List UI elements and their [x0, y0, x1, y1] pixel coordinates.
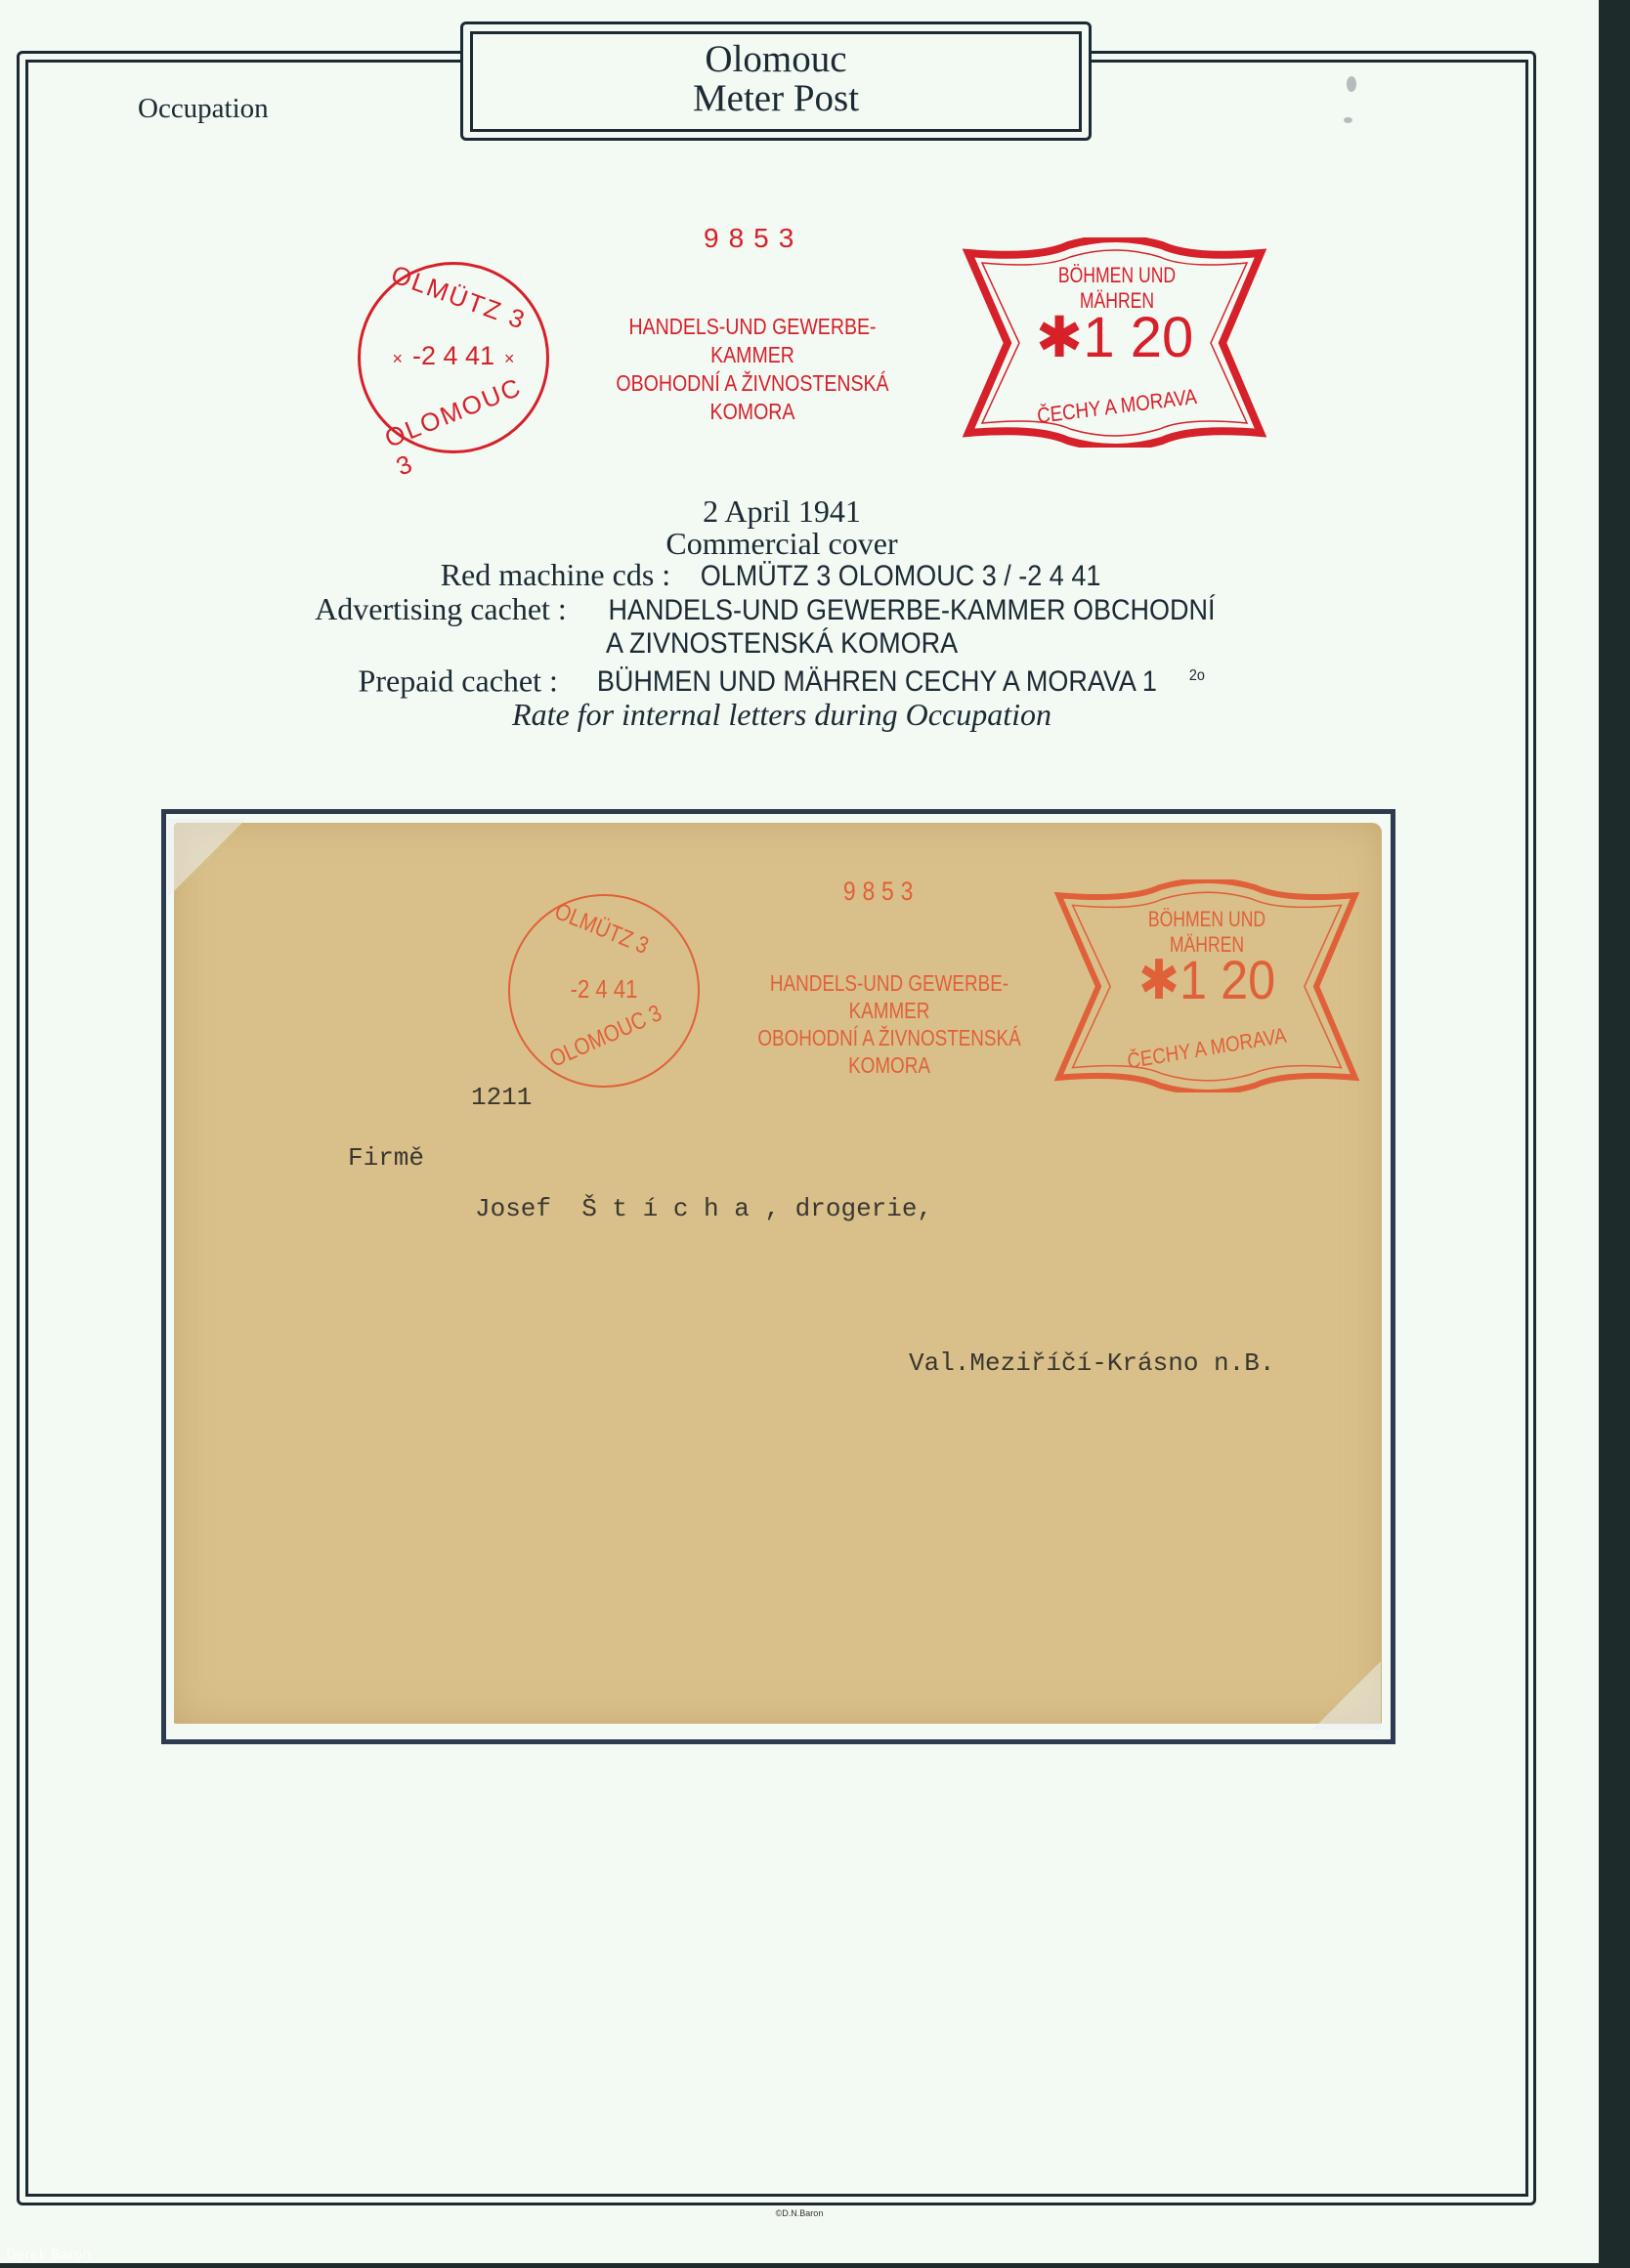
ornament-icon: × [504, 349, 515, 368]
ad-line: HANDELS-UND GEWERBE- [612, 313, 894, 341]
cds-label: Red machine cds : [441, 557, 678, 592]
typed-reference: 1211 [471, 1083, 532, 1112]
description-prepaid: Prepaid cachet : BÜHMEN UND MÄHREN CECHY… [147, 661, 1417, 699]
cover-prepaid-frame: BÖHMEN UND MÄHREN ✱1 20 ČECHY A MORAVA [1051, 879, 1363, 1092]
cds-value: OLMÜTZ 3 OLOMOUC 3 / -2 4 41 [701, 561, 1101, 593]
ad-line: OBOHODNÍ A ŽIVNOSTENSKÁ [612, 369, 894, 398]
foxing-spot [1344, 117, 1352, 123]
ornament-icon: × [392, 349, 403, 368]
circular-date-stamp: OLMÜTZ 3 ×-2 4 41× OLOMOUC 3 [358, 262, 549, 453]
cover-ad-line: HANDELS-UND GEWERBE- [745, 969, 1033, 997]
prepaid-value: ✱1 20 [961, 304, 1268, 370]
description-cds: Red machine cds : OLMÜTZ 3 OLOMOUC 3 / -… [147, 559, 1417, 593]
page-title: Olomouc [473, 40, 1079, 79]
cover-ad-line: KOMORA [745, 1051, 1033, 1079]
ad-line: KAMMER [612, 341, 894, 369]
cds-date-row: ×-2 4 41× [361, 341, 546, 371]
cds-date: -2 4 41 [412, 341, 494, 370]
rate-note: Rate for internal letters during Occupat… [147, 699, 1417, 731]
watermark: Derek Baron [6, 2247, 91, 2263]
scanner-edge-right [1599, 0, 1630, 2268]
description-advert: Advertising cachet : HANDELS-UND GEWERBE… [147, 593, 1417, 627]
cover-prepaid-value: ✱1 20 [1066, 948, 1348, 1012]
cover-meter-number: 9853 [843, 877, 920, 907]
title-box: Olomouc Meter Post [470, 31, 1082, 132]
description-block: 2 April 1941 Commercial cover Red machin… [147, 495, 1417, 730]
cover-circular-date-stamp: OLMÜTZ 3 -2 4 41 OLOMOUC 3 [508, 894, 700, 1088]
typed-salutation: Firmě [348, 1143, 424, 1173]
photo-corner-bottom-right [1312, 1661, 1381, 1730]
prepaid-value-frame: BÖHMEN UND MÄHREN ✱1 20 ČECHY A MORAVA [961, 237, 1268, 448]
meter-number: 9853 [704, 223, 803, 254]
scanner-edge-bottom [0, 2263, 1630, 2268]
description-date: 2 April 1941 [147, 495, 1417, 528]
cover-advertising-cachet: HANDELS-UND GEWERBE- KAMMER OBOHODNÍ A Ž… [745, 969, 1033, 1079]
typed-town: Val.Meziříčí-Krásno n.B. [909, 1348, 1274, 1378]
advert-value: HANDELS-UND GEWERBE-KAMMER OBCHODNÍ [608, 595, 1215, 627]
page-subtitle: Meter Post [473, 79, 1079, 118]
photo-corner-top-left [168, 819, 246, 897]
advert-value-cont: A ZIVNOSTENSKÁ KOMORA [606, 628, 958, 661]
prepaid-superscript: 2o [1189, 661, 1205, 693]
description-advert-cont: A ZIVNOSTENSKÁ KOMORA [147, 626, 1417, 661]
cover-cds-bottom-text: OLOMOUC 3 [545, 1000, 665, 1073]
cover-ad-line: KAMMER [745, 997, 1033, 1024]
cover-cds-top-text: OLMÜTZ 3 [550, 898, 652, 961]
cover-ad-line: OBOHODNÍ A ŽIVNOSTENSKÁ [745, 1024, 1033, 1051]
prepaid-value-text: BÜHMEN UND MÄHREN CECHY A MORAVA 1 [597, 666, 1157, 699]
prepaid-label: Prepaid cachet : [359, 663, 566, 698]
advertising-cachet: HANDELS-UND GEWERBE- KAMMER OBOHODNÍ A Ž… [612, 313, 894, 426]
ad-line: KOMORA [612, 398, 894, 426]
section-label: Occupation [138, 93, 269, 125]
typed-recipient: Josef Š t í c h a , drogerie, [475, 1194, 932, 1223]
advert-label: Advertising cachet : [315, 591, 575, 626]
copyright-notice: ©D.N.Baron [0, 2208, 1599, 2218]
foxing-spot [1347, 76, 1356, 92]
cover-cds-date: -2 4 41 [524, 974, 683, 1005]
description-type: Commercial cover [147, 528, 1417, 560]
